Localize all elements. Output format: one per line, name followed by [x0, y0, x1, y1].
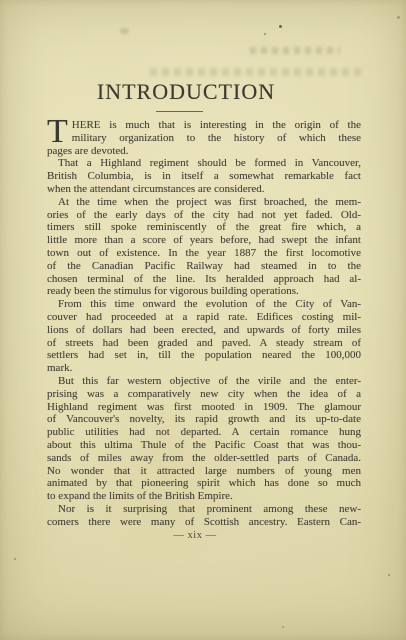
- text-line: public utilities had not departed. A cer…: [47, 426, 361, 439]
- ink-showthrough-smudge: [250, 47, 340, 54]
- text-line: timers still spoke reminiscently of the …: [47, 221, 361, 234]
- text-line: pages are devoted.: [47, 145, 361, 158]
- paragraph: That a Highland regiment should be forme…: [47, 157, 361, 195]
- text-line: HERE is much that is interesting in the …: [47, 119, 361, 132]
- drop-cap: T: [47, 119, 68, 144]
- text-line: comers there were many of Scottish ances…: [47, 516, 361, 529]
- text-line: chosen terminal of the line. Its heralde…: [47, 273, 361, 286]
- paper-speck: [282, 626, 284, 628]
- text-line: From this time onward the evolution of t…: [47, 298, 361, 311]
- text-line: about this ultima Thule of the Pacific C…: [47, 439, 361, 452]
- paper-speck: [397, 16, 400, 19]
- ink-showthrough-smudge: [150, 68, 365, 76]
- paragraph: But this far western objective of the vi…: [47, 375, 361, 503]
- text-line: of Vancouver's novelty, its rapid growth…: [47, 413, 361, 426]
- text-line: mark.: [47, 362, 361, 375]
- page-title: INTRODUCTION: [0, 81, 389, 103]
- text-line: to expand the limits of the British Empi…: [47, 490, 361, 503]
- text-line: animated by that pioneering spirit which…: [47, 477, 361, 490]
- text-line: prising was a comparatively new city whe…: [47, 388, 361, 401]
- text-line: town out of existence. In the year 1887 …: [47, 247, 361, 260]
- paragraph: From this time onward the evolution of t…: [47, 298, 361, 375]
- paper-speck: [279, 25, 282, 28]
- text-line: lions of dollars had been erected, and u…: [47, 324, 361, 337]
- paper-speck: [14, 558, 16, 560]
- paragraph: Nor is it surprising that prominent amon…: [47, 503, 361, 529]
- text-line: That a Highland regiment should be forme…: [47, 157, 361, 170]
- text-line: At the time when the project was first b…: [47, 196, 361, 209]
- body-text: THERE is much that is interesting in the…: [47, 119, 361, 529]
- text-line: settlers had set in, till the population…: [47, 349, 361, 362]
- text-line: military organization to the history of …: [47, 132, 361, 145]
- paper-stain: [120, 28, 129, 34]
- text-line: little more than a score of years before…: [47, 234, 361, 247]
- text-line: ready been the stimulus for vigorous bui…: [47, 285, 361, 298]
- text-line: Highland regiment was first mooted in 19…: [47, 401, 361, 414]
- title-divider-rule: [156, 111, 203, 112]
- text-line: of streets had been graded and paved. A …: [47, 337, 361, 350]
- text-line: No wonder that it attracted large number…: [47, 465, 361, 478]
- paragraph: At the time when the project was first b…: [47, 196, 361, 298]
- paper-speck: [264, 33, 266, 35]
- book-page-scan: INTRODUCTION THERE is much that is inter…: [0, 0, 406, 640]
- text-line: couver had proceeded at a rapid rate. Ed…: [47, 311, 361, 324]
- text-line: But this far western objective of the vi…: [47, 375, 361, 388]
- text-line: ories of the early days of the city had …: [47, 209, 361, 222]
- page-number: — xix —: [0, 530, 398, 541]
- paragraph: THERE is much that is interesting in the…: [47, 119, 361, 157]
- text-line: sands of miles away from the older-settl…: [47, 452, 361, 465]
- text-line: British Columbia, is in itself a somewha…: [47, 170, 361, 183]
- paper-speck: [388, 574, 390, 576]
- text-line: Nor is it surprising that prominent amon…: [47, 503, 361, 516]
- chapter-heading: INTRODUCTION: [0, 81, 389, 112]
- text-line: when the attendant circumstances are con…: [47, 183, 361, 196]
- text-line: of the Canadian Pacific Railway had stea…: [47, 260, 361, 273]
